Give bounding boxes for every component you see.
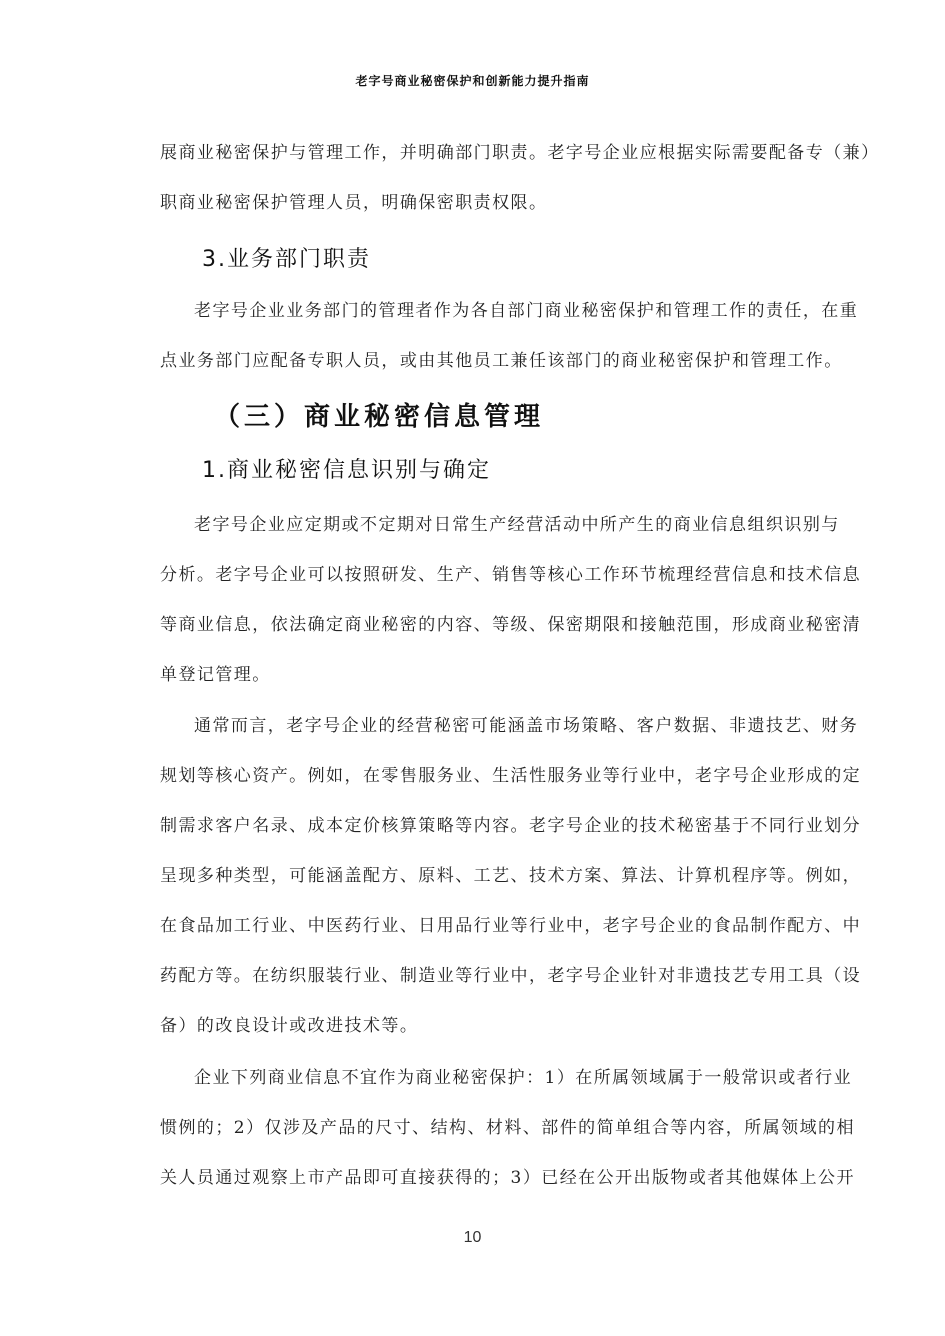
heading-section-trade-secret-info-mgmt: （三）商业秘密信息管理 (214, 396, 544, 433)
text-line: 点业务部门应配备专职人员，或由其他员工兼任该部门的商业秘密保护和管理工作。 (160, 336, 820, 386)
paragraph-continuation: 展商业秘密保护与管理工作，并明确部门职责。老字号企业应根据实际需要配备专（兼） … (160, 128, 820, 228)
text-line: 规划等核心资产。例如，在零售服务业、生活性服务业等行业中，老字号企业形成的定 (160, 751, 820, 801)
text-line: 呈现多种类型，可能涵盖配方、原料、工艺、技术方案、算法、计算机程序等。例如， (160, 851, 820, 901)
text-line: 分析。老字号企业可以按照研发、生产、销售等核心工作环节梳理经营信息和技术信息 (160, 550, 820, 600)
text-line: 等商业信息，依法确定商业秘密的内容、等级、保密期限和接触范围，形成商业秘密清 (160, 600, 820, 650)
heading-identification: 1.商业秘密信息识别与确定 (202, 453, 491, 484)
text-line: 制需求客户名录、成本定价核算策略等内容。老字号企业的技术秘密基于不同行业划分 (160, 801, 820, 851)
paragraph-identification: 老字号企业应定期或不定期对日常生产经营活动中所产生的商业信息组织识别与 分析。老… (160, 500, 820, 700)
paragraph-examples: 通常而言，老字号企业的经营秘密可能涵盖市场策略、客户数据、非遗技艺、财务 规划等… (160, 701, 820, 1051)
text-line: 老字号企业应定期或不定期对日常生产经营活动中所产生的商业信息组织识别与 (160, 500, 820, 550)
text-line: 惯例的；2）仅涉及产品的尺寸、结构、材料、部件的简单组合等内容，所属领域的相 (160, 1103, 820, 1153)
text-line: 关人员通过观察上市产品即可直接获得的；3）已经在公开出版物或者其他媒体上公开 (160, 1153, 820, 1203)
text-line: 企业下列商业信息不宜作为商业秘密保护：1）在所属领域属于一般常识或者行业 (160, 1053, 820, 1103)
text-line: 在食品加工行业、中医药行业、日用品行业等行业中，老字号企业的食品制作配方、中 (160, 901, 820, 951)
paragraph-exclusions: 企业下列商业信息不宜作为商业秘密保护：1）在所属领域属于一般常识或者行业 惯例的… (160, 1053, 820, 1203)
text-line: 单登记管理。 (160, 650, 820, 700)
text-line: 药配方等。在纺织服装行业、制造业等行业中，老字号企业针对非遗技艺专用工具（设 (160, 951, 820, 1001)
heading-business-dept-duties: 3.业务部门职责 (202, 242, 371, 273)
text-line: 备）的改良设计或改进技术等。 (160, 1001, 820, 1051)
text-line: 通常而言，老字号企业的经营秘密可能涵盖市场策略、客户数据、非遗技艺、财务 (160, 701, 820, 751)
page-number: 10 (0, 1229, 945, 1247)
paragraph-business-dept: 老字号企业业务部门的管理者作为各自部门商业秘密保护和管理工作的责任，在重 点业务… (160, 286, 820, 386)
text-line: 展商业秘密保护与管理工作，并明确部门职责。老字号企业应根据实际需要配备专（兼） (160, 128, 820, 178)
text-line: 职商业秘密保护管理人员，明确保密职责权限。 (160, 178, 820, 228)
running-header: 老字号商业秘密保护和创新能力提升指南 (0, 72, 945, 89)
text-line: 老字号企业业务部门的管理者作为各自部门商业秘密保护和管理工作的责任，在重 (160, 286, 820, 336)
